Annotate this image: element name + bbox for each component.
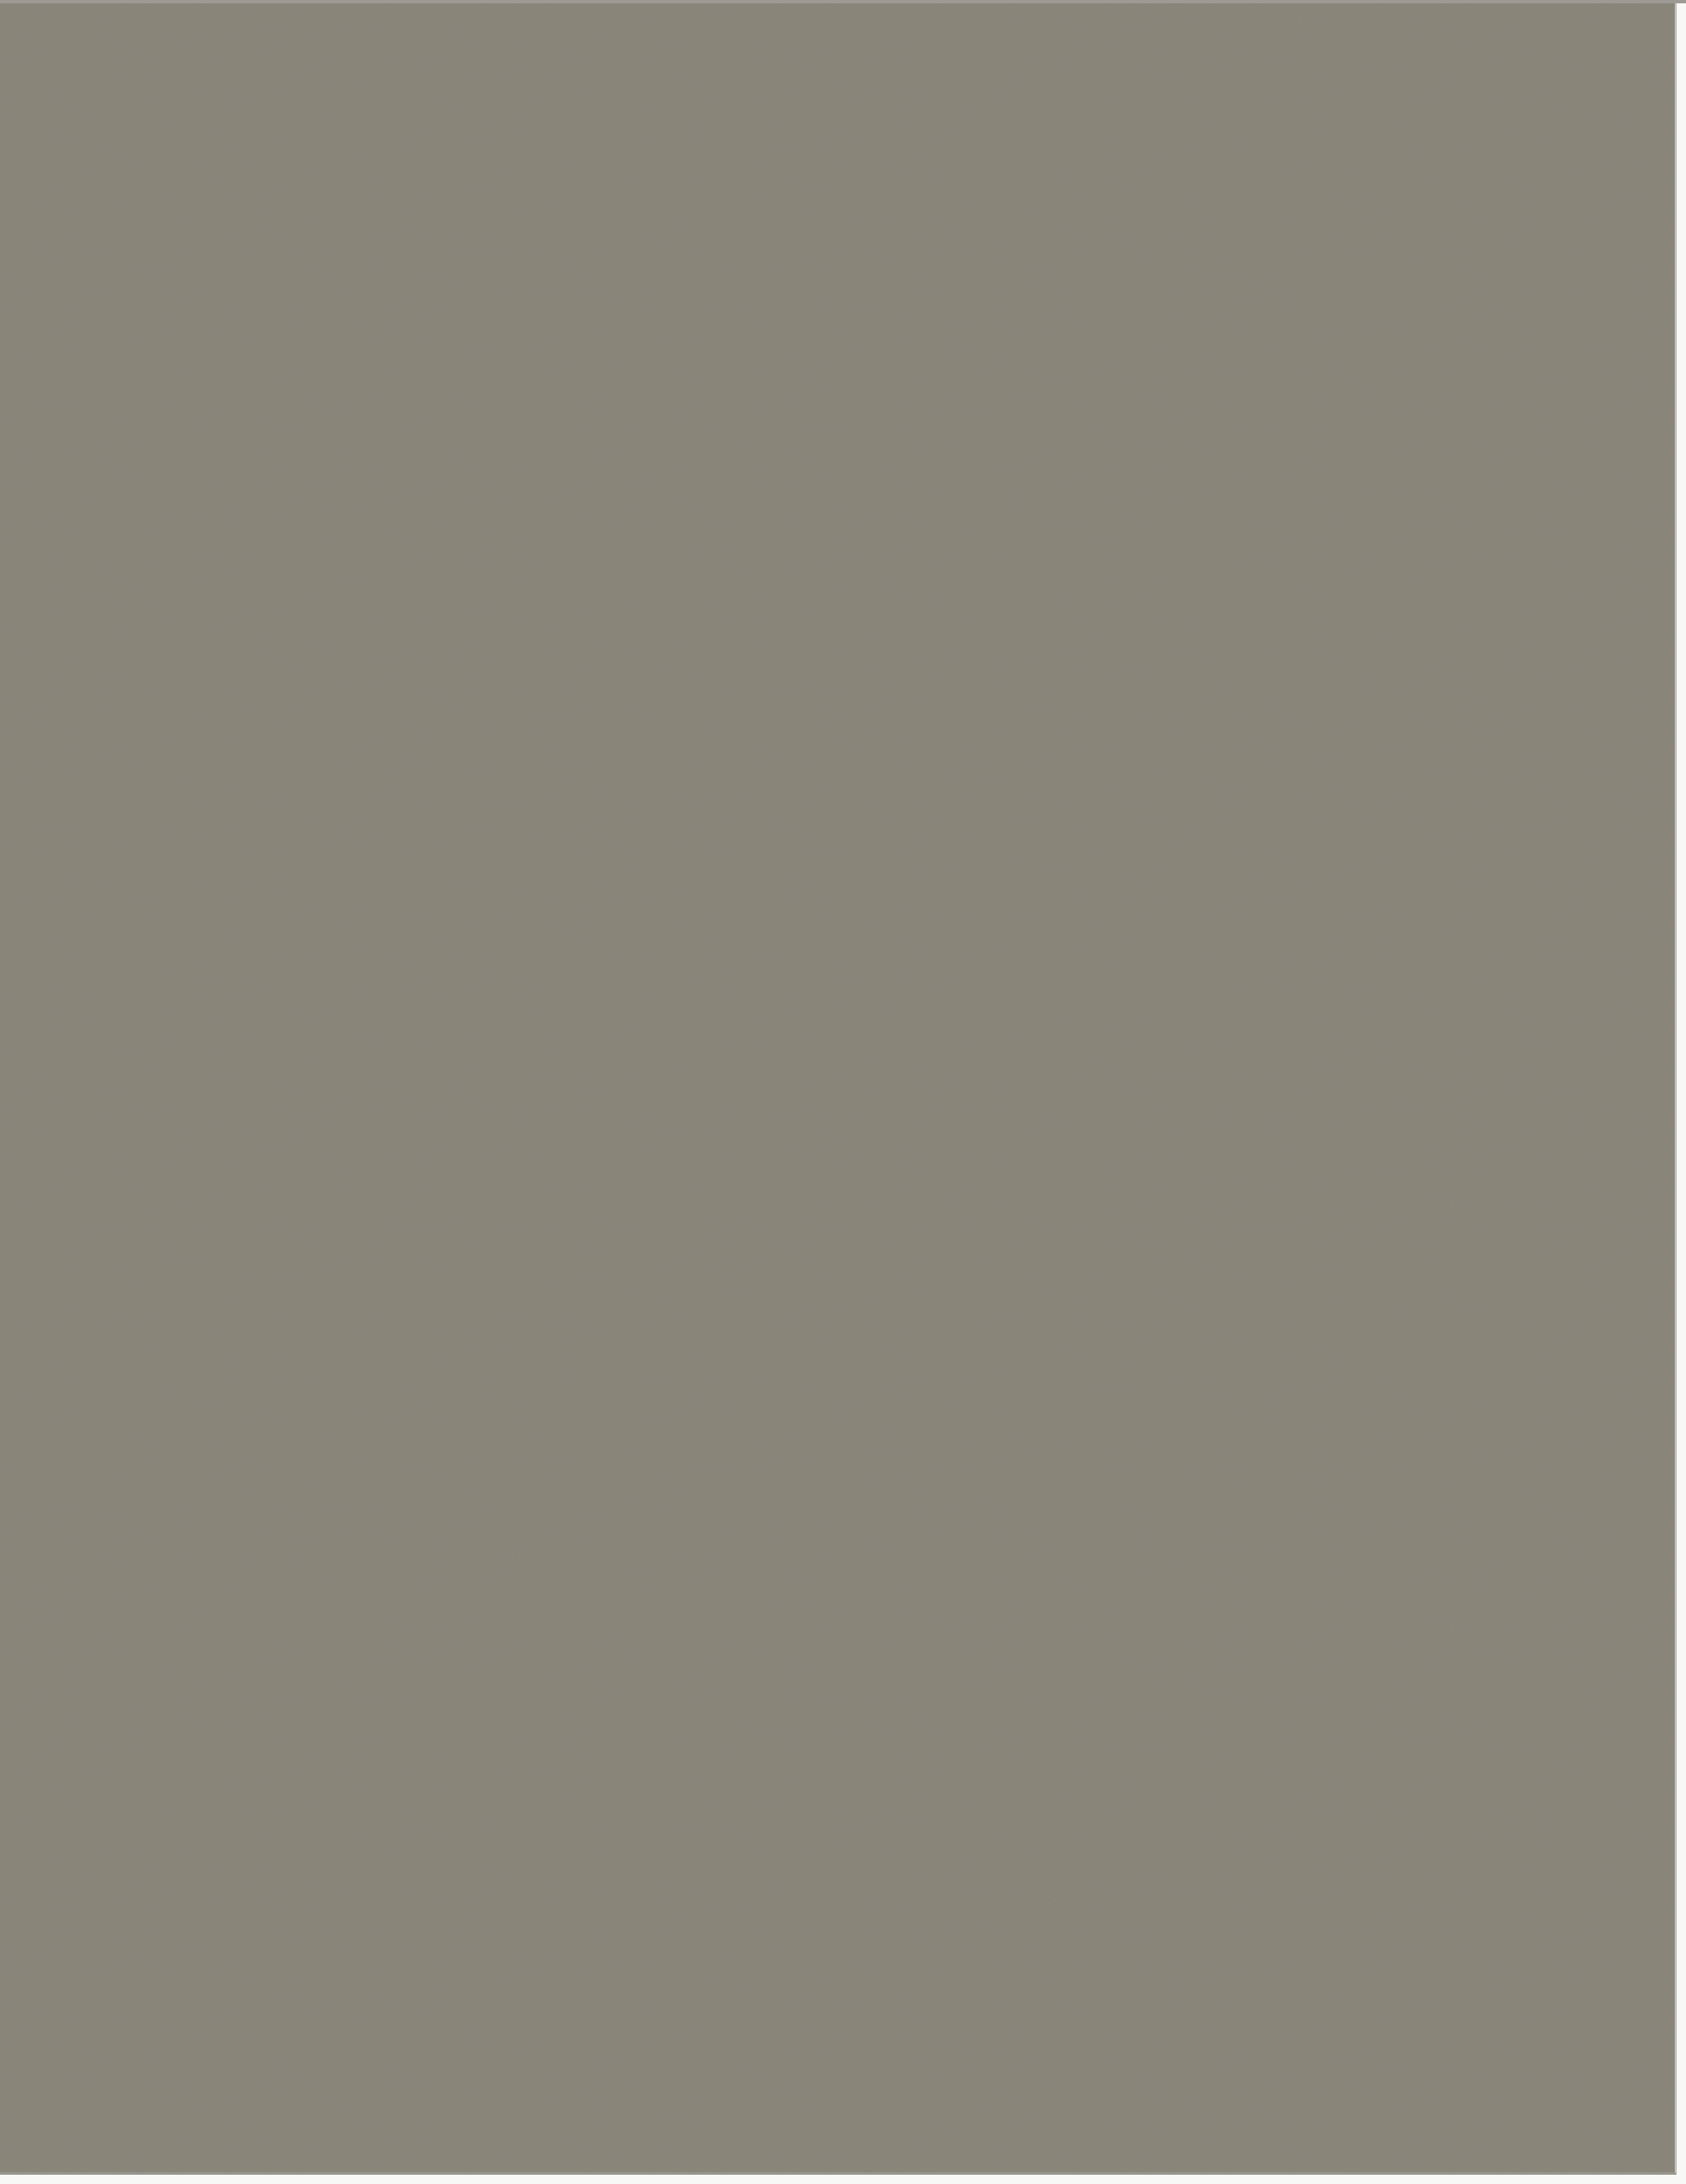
text-line: and our ability to compete abroad. The r… [225, 986, 1441, 1052]
punch-hole-top [49, 232, 98, 282]
paper-speck [367, 103, 372, 108]
typewritten-text: "It has cast a pall on the notion that e… [225, 266, 1441, 1902]
text-line: that future generations must necessarily… [225, 463, 1441, 528]
underlined-title: Of [420, 869, 459, 907]
text-line: do not matter. I take exception to this.… [225, 1575, 1441, 1641]
text-line: actually there no defenders of the defic… [225, 1444, 1441, 1510]
text-line: Americans lives better than the previous… [225, 332, 1441, 397]
text-line: "chronic federal deficit that is sapping… [225, 921, 1441, 986]
text-line: American influence in world affairs has … [225, 1117, 1441, 1183]
paper-speck [69, 202, 72, 204]
text-line: "It has cast a pall on the notion that e… [225, 266, 1441, 332]
text-line: now returns to Hooverite policies of tax… [225, 594, 1441, 659]
punch-hole-middle [50, 1069, 99, 1119]
scanned-document: { "page": { "number": "4", "paper_color"… [0, 0, 1686, 2184]
underlined-title: Day [342, 869, 401, 907]
text-line: spending reduction to balance the budget… [225, 659, 1441, 724]
text-line: influence on the workings of the economy… [225, 1706, 1441, 1772]
text-line: Some defenders of today's large deficit,… [225, 1379, 1441, 1444]
secondary-crease [79, 10, 454, 178]
text-line: expansion that began in 1983 may be the … [225, 1183, 1441, 1248]
handwritten-correction: ie [635, 724, 674, 790]
text-line: but is also the first in fifty years in … [225, 1248, 1441, 1313]
typed-over-blob [1066, 1475, 1088, 1492]
text-line: book, Day Of Reckoning is especially unh… [225, 855, 1441, 921]
corner-fold-highlight [0, 3, 258, 165]
text-line: of the 1980's episode. Unless, of course… [225, 528, 1441, 594]
text-line: of measures that would reduce it--argue … [225, 1510, 1441, 1575]
handwritten-page-number: 4 [1580, 9, 1677, 108]
typed-over-blob [1280, 1409, 1303, 1426]
paper-page: 4 "It has cast a pall on the notion that… [0, 3, 1677, 2175]
text-line: ting the deficit is essential to achievi… [225, 1837, 1441, 1902]
text-line: economy turns down agien--which it will. [225, 724, 1441, 790]
corner-fold-crease [0, 0, 257, 163]
text-line: Another vigorous critic is Benjamin M. F… [225, 790, 1441, 855]
punch-hole-bottom [51, 1910, 100, 1960]
underlined-title: Reckoning [479, 869, 655, 907]
text-line: that the American standard of living gro… [225, 1052, 1441, 1117]
text-line: lieve that deficits and public debt can … [225, 1641, 1441, 1706]
text-line: to say that deficits reduced private sav… [225, 1772, 1441, 1837]
text-line: working American's wage has declined com… [225, 1313, 1441, 1379]
text-line: I subscrib to this history, but I'm not … [225, 397, 1441, 463]
